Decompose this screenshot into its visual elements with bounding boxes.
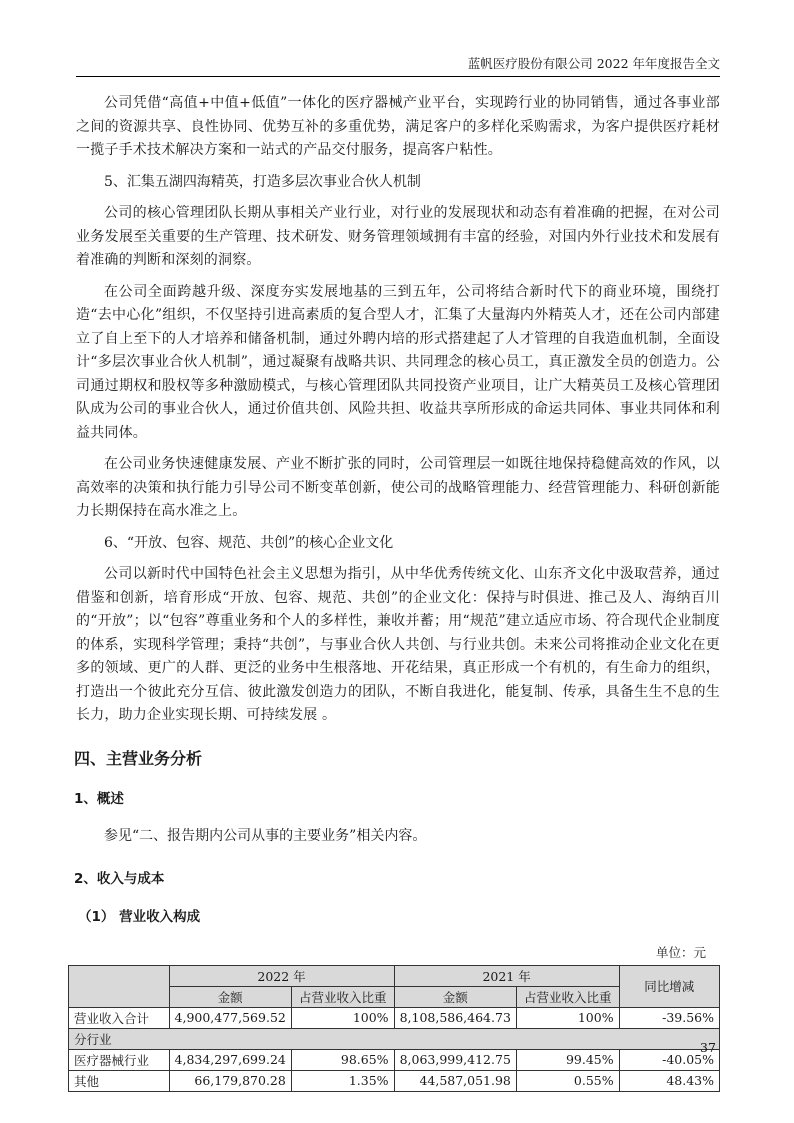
ratio-2021: 99.45% <box>516 1049 619 1070</box>
yoy-change: 48.43% <box>619 1070 719 1091</box>
amount-2022: 66,179,870.28 <box>169 1070 291 1091</box>
table-group-row: 分行业 <box>69 1028 720 1049</box>
header-2022: 2022 年 <box>169 965 394 986</box>
subheading-5: 5、汇集五湖四海精英，打造多层次事业合伙人机制 <box>76 171 720 195</box>
ratio-2022: 98.65% <box>291 1049 394 1070</box>
header-blank <box>69 965 170 1007</box>
revenue-table: 2022 年 2021 年 同比增减 金额 占营业收入比重 金额 占营业收入比重… <box>68 965 720 1092</box>
paragraph-culture: 公司以新时代中国特色社会主义思想为指引，从中华优秀传统文化、山东齐文化中汲取营养… <box>76 563 720 728</box>
amount-2021: 44,587,051.98 <box>394 1070 516 1091</box>
row-label: 医疗器械行业 <box>69 1049 170 1070</box>
ratio-2022: 1.35% <box>291 1070 394 1091</box>
header-ratio-2021: 占营业收入比重 <box>516 986 619 1007</box>
table-row: 其他 66,179,870.28 1.35% 44,587,051.98 0.5… <box>69 1070 720 1091</box>
group-label: 分行业 <box>69 1028 720 1049</box>
paragraph-platform: 公司凭借“高值+中值+低值”一体化的医疗器械产业平台，实现跨行业的协同销售，通过… <box>76 92 720 163</box>
header-amount-2021: 金额 <box>394 986 516 1007</box>
subsection-revenue-composition: （1） 营业收入构成 <box>78 905 720 925</box>
unit-label: 单位：元 <box>76 943 720 961</box>
page-content: 公司凭借“高值+中值+低值”一体化的医疗器械产业平台，实现跨行业的协同销售，通过… <box>76 92 720 1092</box>
yoy-change: -39.56% <box>619 1007 719 1028</box>
ratio-2021: 0.55% <box>516 1070 619 1091</box>
subsection-overview: 1、概述 <box>74 787 720 807</box>
amount-2021: 8,108,586,464.73 <box>394 1007 516 1028</box>
amount-2022: 4,900,477,569.52 <box>169 1007 291 1028</box>
overview-text: 参见“二、报告期内公司从事的主要业务”相关内容。 <box>76 825 720 845</box>
paragraph-talent: 在公司全面跨越升级、深度夯实发展地基的三到五年，公司将结合新时代下的商业环境，围… <box>76 281 720 446</box>
paragraph-core-team: 公司的核心管理团队长期从事相关产业行业，对行业的发展现状和动态有着准确的把握，在… <box>76 202 720 273</box>
row-label: 营业收入合计 <box>69 1007 170 1028</box>
section-title: 四、主营业务分析 <box>74 746 720 769</box>
header-amount-2022: 金额 <box>169 986 291 1007</box>
table-header-row-1: 2022 年 2021 年 同比增减 <box>69 965 720 986</box>
table-row: 医疗器械行业 4,834,297,699.24 98.65% 8,063,999… <box>69 1049 720 1070</box>
row-label: 其他 <box>69 1070 170 1091</box>
page-number: 37 <box>700 1040 716 1055</box>
amount-2022: 4,834,297,699.24 <box>169 1049 291 1070</box>
page-header: 蓝帆医疗股份有限公司 2022 年年度报告全文 <box>76 54 720 77</box>
header-yoy: 同比增减 <box>619 965 719 1007</box>
paragraph-management: 在公司业务快速健康发展、产业不断扩张的同时，公司管理层一如既往地保持稳健高效的作… <box>76 453 720 524</box>
table-row: 营业收入合计 4,900,477,569.52 100% 8,108,586,4… <box>69 1007 720 1028</box>
ratio-2021: 100% <box>516 1007 619 1028</box>
header-2021: 2021 年 <box>394 965 619 986</box>
ratio-2022: 100% <box>291 1007 394 1028</box>
amount-2021: 8,063,999,412.75 <box>394 1049 516 1070</box>
subheading-6: 6、“开放、包容、规范、共创”的核心企业文化 <box>76 532 720 556</box>
header-ratio-2022: 占营业收入比重 <box>291 986 394 1007</box>
subsection-revenue-cost: 2、收入与成本 <box>74 867 720 887</box>
